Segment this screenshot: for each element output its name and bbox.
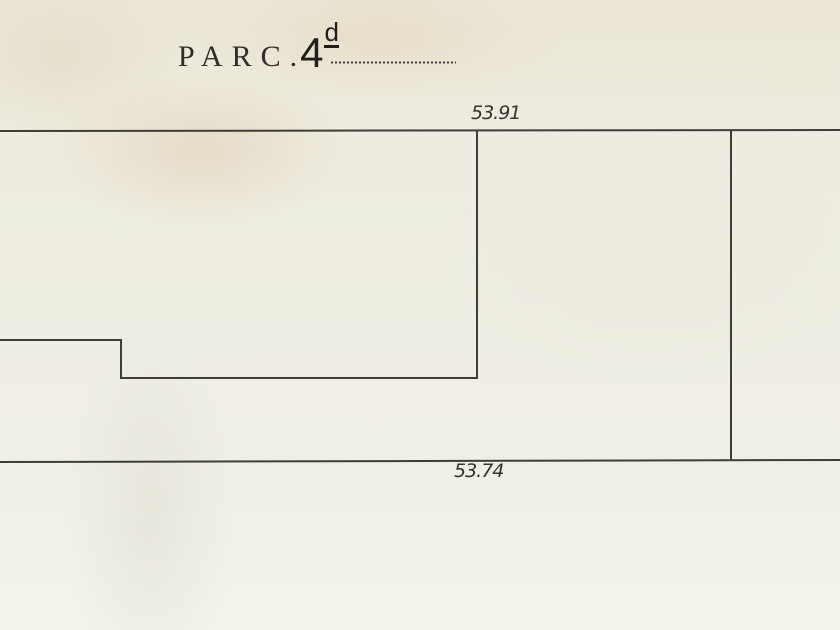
top-boundary-dimension: 53.91: [471, 102, 520, 124]
top-boundary-line: [0, 130, 840, 131]
parcel-plan-drawing: [0, 0, 840, 630]
building-outline: [0, 131, 477, 378]
bottom-boundary-dimension: 53.74: [454, 460, 503, 482]
bottom-boundary-line: [0, 460, 840, 462]
